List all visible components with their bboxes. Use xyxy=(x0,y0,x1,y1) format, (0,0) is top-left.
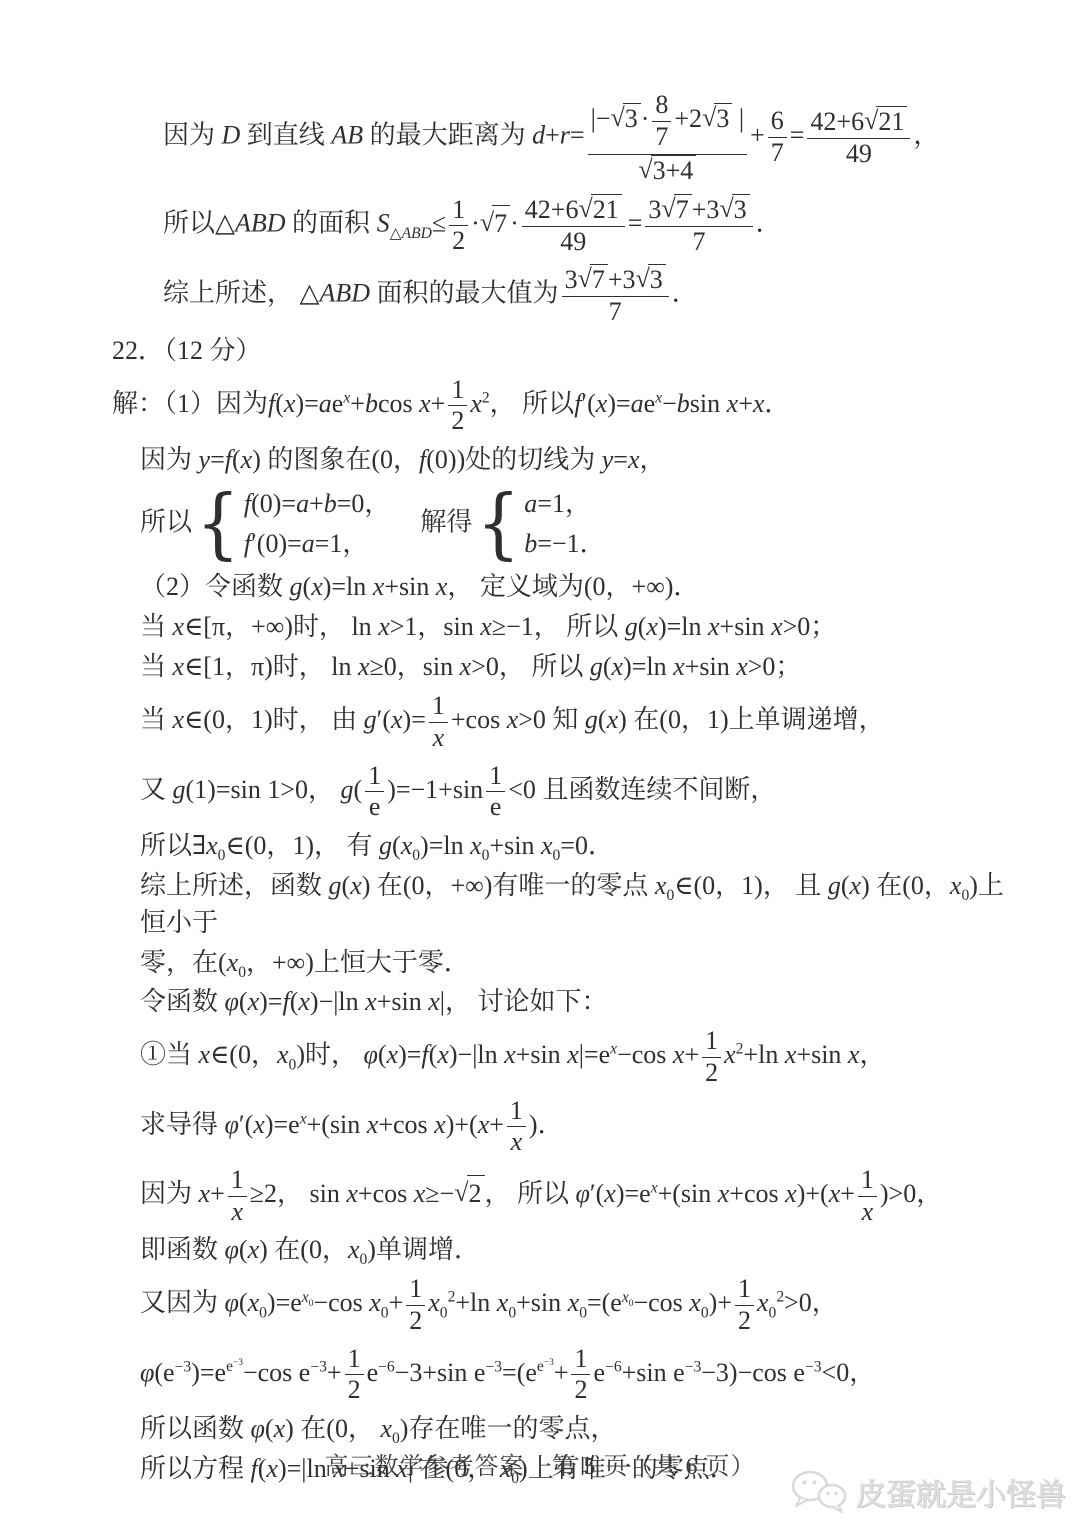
solution-line: 零，在(x0，+∞)上恒大于零． xyxy=(140,945,1025,982)
document-body: 因为 D 到直线 AB 的最大距离为 d+r=|−√3·87+2√3 |√3+4… xyxy=(0,86,1025,1491)
solution-line: 因为 D 到直线 AB 的最大距离为 d+r=|−√3·87+2√3 |√3+4… xyxy=(163,86,1025,189)
solution-line: 综上所述， △ABD 面积的最大值为3√7+3√37． xyxy=(163,262,1025,329)
solution-line: 当 x∈[π，+∞)时， ln x>1，sin x≥−1， 所以 g(x)=ln… xyxy=(140,609,1025,646)
solution-line: 22．（12 分） xyxy=(112,333,1025,370)
watermark-text: 皮蛋就是小怪兽 xyxy=(856,1470,1066,1514)
solution-line: 因为 x+1x≥2， sin x+cos x≥−√2， 所以 φ′(x)=ex+… xyxy=(140,1163,1025,1229)
solution-line: 因为 y=f(x) 的图象在(0，f(0))处的切线为 y=x， xyxy=(140,442,1025,479)
solution-line: 所以函数 φ(x) 在(0， x0)存在唯一的零点， xyxy=(140,1411,1025,1448)
solution-line: 当 x∈[1，π)时， ln x≥0，sin x>0， 所以 g(x)=ln x… xyxy=(140,649,1025,686)
footer-page-number: 第 5 页（共 6 页） xyxy=(552,1454,756,1480)
page: { "page": { "footer": { "title": "高三数学参考… xyxy=(0,0,1080,1527)
solution-line: 又 g(1)=sin 1>0， g(1e)=−1+sin1e<0 且函数连续不间… xyxy=(140,759,1025,825)
footer-title: 高三数学参考答案 xyxy=(325,1454,525,1480)
solution-line: 即函数 φ(x) 在(0，x0)单调增． xyxy=(140,1232,1025,1269)
watermark: 皮蛋就是小怪兽 xyxy=(788,1469,1066,1515)
solution-line: ①当 x∈(0，x0)时， φ(x)=f(x)−|ln x+sin x|=ex−… xyxy=(140,1024,1025,1090)
solution-line: 令函数 φ(x)=f(x)−|ln x+sin x|， 讨论如下： xyxy=(140,984,1025,1021)
wechat-bubbles-icon xyxy=(788,1469,850,1515)
solution-line: 所以△ABD 的面积 S△ABD≤12·√7·42+6√2149=3√7+3√3… xyxy=(163,192,1025,259)
solution-line: 又因为 φ(x0)=ex0−cos x0+12x02+ln x0+sin x0=… xyxy=(140,1272,1025,1338)
solution-line: φ(e−3)=ee−3−cos e−3+12e−6−3+sin e−3=(ee−… xyxy=(140,1342,1025,1408)
solution-line: 求导得 φ′(x)=ex+(sin x+cos x)+(x+1x)． xyxy=(140,1094,1025,1160)
solution-line: 所以∃x0∈(0，1)， 有 g(x0)=ln x0+sin x0=0． xyxy=(140,828,1025,865)
solution-line: （2）令函数 g(x)=ln x+sin x， 定义域为(0，+∞)． xyxy=(140,569,1025,606)
solution-line: 所以{f(0)=a+b=0，f′(0)=a=1， 解得{a=1，b=−1． xyxy=(140,482,1025,567)
solution-line: 当 x∈(0，1)时， 由 g′(x)=1x+cos x>0 知 g(x) 在(… xyxy=(140,689,1025,755)
solution-line: 综上所述，函数 g(x) 在(0，+∞)有唯一的零点 x0∈(0，1)， 且 g… xyxy=(140,868,1025,942)
solution-line: 解：（1）因为f(x)=aex+bcos x+12x2， 所以f′(x)=aex… xyxy=(112,373,1025,439)
